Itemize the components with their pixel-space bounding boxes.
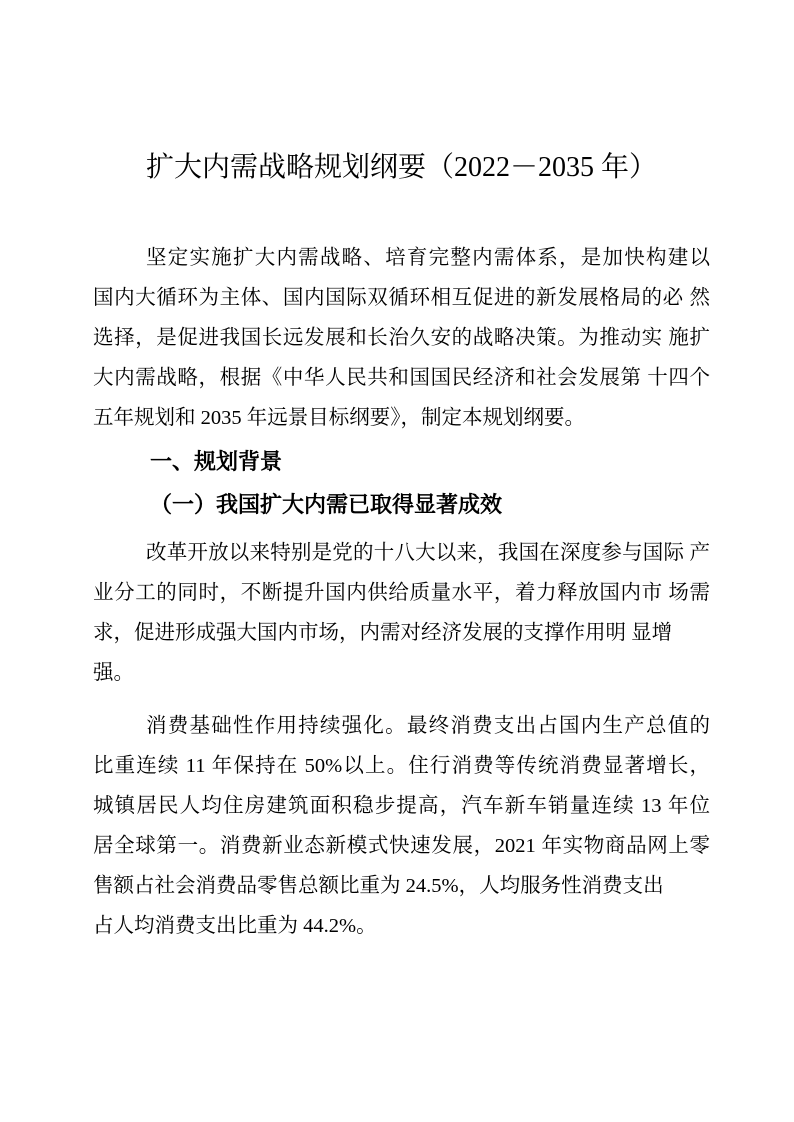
text-line: 大内需战略，根据《中华人民共和国国民经济和社会发展第 十四个 [93,358,710,398]
text-line: 改革开放以来特别是党的十八大以来，我国在深度参与国际 产 [93,533,710,573]
section-heading: 一、规划背景 [93,442,710,482]
text-line: 居全球第一。消费新业态新模式快速发展，2021 年实物商品网上零 [93,826,710,866]
text-line: 城镇居民人均住房建筑面积稳步提高，汽车新车销量连续 13 年位 [93,786,710,826]
paragraph-intro: 坚定实施扩大内需战略、培育完整内需体系，是加快构建以 国内大循环为主体、国内国际… [93,238,710,438]
text-line: 五年规划和 2035 年远景目标纲要》，制定本规划纲要。 [93,398,710,438]
text-line: 占人均消费支出比重为 44.2%。 [93,906,710,946]
text-line: 选择，是促进我国长远发展和长治久安的战略决策。为推动实 施扩 [93,318,710,358]
text-line: 求，促进形成强大国内市场，内需对经济发展的支撑作用明 显增强。 [93,613,710,693]
text-line: 比重连续 11 年保持在 50%以上。住行消费等传统消费显著增长， [93,746,710,786]
text-line: 国内大循环为主体、国内国际双循环相互促进的新发展格局的必 然 [93,278,710,318]
subsection-heading: （一）我国扩大内需已取得显著成效 [93,485,710,525]
document-page: 扩大内需战略规划纲要（2022－2035 年） 坚定实施扩大内需战略、培育完整内… [0,0,794,1122]
text-line: 售额占社会消费品零售总额比重为 24.5%，人均服务性消费支出 [93,866,710,906]
text-line: 业分工的同时，不断提升国内供给质量水平，着力释放国内市 场需 [93,573,710,613]
text-line: 坚定实施扩大内需战略、培育完整内需体系，是加快构建以 [93,238,710,278]
text-line: 消费基础性作用持续强化。最终消费支出占国内生产总值的 [93,706,710,746]
paragraph-consumption: 消费基础性作用持续强化。最终消费支出占国内生产总值的 比重连续 11 年保持在 … [93,706,710,946]
document-title: 扩大内需战略规划纲要（2022－2035 年） [93,148,710,188]
paragraph-reform: 改革开放以来特别是党的十八大以来，我国在深度参与国际 产 业分工的同时，不断提升… [93,533,710,693]
